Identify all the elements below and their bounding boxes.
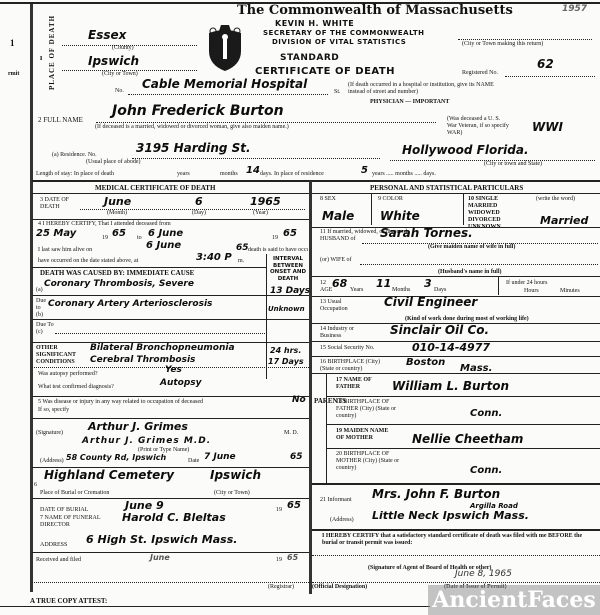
institution-value: Cable Memorial Hospital — [142, 77, 307, 91]
massachusetts-seal-icon — [205, 25, 245, 73]
margin-tick: ı — [40, 53, 42, 62]
if-so-label: If so, specify — [38, 407, 69, 414]
cause-b: Coronary Artery Arteriosclerosis — [48, 299, 212, 309]
month-label: (Month) — [107, 210, 127, 217]
veteran-note: (Was deceased a U. S. War Veteran, if so… — [447, 116, 509, 137]
mother-birth-label: 20 BIRTHPLACE OF MOTHER (City) (State or… — [336, 451, 411, 472]
day-label: (Day) — [192, 210, 206, 217]
industry-value: Sinclair Oil Co. — [390, 323, 489, 337]
age-years: 68 — [332, 277, 347, 290]
medical-section-title: MEDICAL CERTIFICATE OF DEATH — [95, 184, 215, 192]
full-name-note: (If deceased is a married, widowed or di… — [95, 124, 289, 131]
residence-city-state: Hollywood Florida. — [402, 143, 529, 157]
father-name-label: 17 NAME OF FATHER — [336, 377, 376, 391]
informant-address: Little Neck Ipswich Mass. — [372, 509, 529, 522]
autopsy-value: Yes — [165, 365, 182, 375]
cause-title: DEATH WAS CAUSED BY: IMMEDIATE CAUSE — [40, 269, 194, 277]
funeral-address-label: ADDRESS — [40, 542, 67, 549]
age-months: 11 — [376, 277, 391, 290]
occurred-label: have occurred on the date stated above, … — [38, 258, 138, 265]
physician-important: PHYSICIAN — IMPORTANT — [370, 99, 449, 106]
occupation-related-value: No — [292, 395, 306, 405]
city-return-label: (City or Town making this return) — [462, 41, 543, 48]
last-saw-label: I last saw him alive on — [38, 247, 92, 254]
left-border — [30, 4, 33, 592]
no-label: No. — [115, 88, 124, 95]
birthplace-label: 16 BIRTHPLACE (City) (State or country) — [320, 359, 392, 373]
industry-label: 14 Industry or Business — [320, 326, 364, 340]
under-24-label: If under 24 hours — [506, 280, 548, 287]
occupation-value: Civil Engineer — [384, 295, 477, 309]
to-label: to — [137, 235, 142, 242]
registrar-label: (Registrar) — [268, 584, 294, 591]
hours-label: Hours — [524, 288, 539, 295]
corner-mark: 1957 — [562, 4, 587, 14]
time-suffix: m. — [238, 258, 244, 265]
spouse-note: (Give maiden name of wife in full) — [428, 244, 515, 251]
funeral-director-label: 7 NAME OF FUNERAL DIRECTOR — [40, 515, 110, 529]
age-days: 3 — [424, 277, 432, 290]
husband-of-label: HUSBAND of — [320, 236, 356, 243]
test-value: Autopsy — [160, 378, 202, 388]
occupation-label: 13 Usual Occupation — [320, 299, 366, 313]
veteran-value: WWI — [532, 120, 563, 134]
months-label: months — [220, 171, 238, 178]
months-label: Months — [392, 287, 410, 294]
residence-tail: years ..... months ..... days. — [372, 171, 436, 178]
other-conditions-label: OTHER SIGNIFICANT CONDITIONS — [36, 345, 88, 366]
length-of-stay-label: Length of stay: In place of death — [36, 171, 114, 178]
ssn-label: 15 Social Security No. — [320, 345, 374, 352]
father-birth: Conn. — [470, 408, 502, 419]
years-label: years — [177, 171, 190, 178]
burial-date-label: DATE OF BURIAL — [40, 507, 88, 514]
burial-place-label: Place of Burial or Cremation — [40, 490, 109, 497]
year-label: (Year) — [253, 210, 268, 217]
physician-signature: Arthur J. Grimes — [88, 420, 188, 433]
death-month: June — [104, 195, 131, 208]
full-name-value: John Frederick Burton — [112, 103, 284, 119]
division: DIVISION OF VITAL STATISTICS — [272, 38, 406, 46]
days-label: Days — [434, 287, 446, 294]
informant-label: 21 Informant — [320, 497, 352, 504]
cause-b-label: Due to (b) — [36, 298, 46, 319]
address-label: (Address) — [40, 458, 64, 465]
days-residence-label: days. In place of residence — [260, 171, 324, 178]
date-label-2: Date — [188, 458, 199, 465]
burial-year: 65 — [287, 500, 301, 511]
institution-note: (If death occurred in a hospital or inst… — [348, 82, 503, 96]
place-of-death-side-label: PLACE OF DEATH — [48, 15, 56, 90]
color-value: White — [380, 209, 420, 223]
md-label: M. D. — [284, 430, 298, 437]
burial-town-label: (City or Town) — [214, 490, 250, 497]
spouse-value: Sarah Tornes. — [380, 226, 473, 240]
signed-date: 7 June — [204, 452, 236, 462]
received-filed-value: June — [150, 553, 170, 562]
town-value: Ipswich — [88, 54, 139, 68]
signed-year: 65 — [290, 452, 303, 462]
other-condition-2: Cerebral Thrombosis — [90, 355, 195, 365]
funeral-director: Harold C. Bleltas — [122, 511, 226, 524]
watermark-logo: AncientFaces — [428, 585, 600, 615]
permit-issue-date: June 8, 1965 — [455, 569, 512, 579]
attended-from-year: 65 — [112, 228, 126, 239]
mother-name: Nellie Cheetham — [412, 432, 523, 446]
informant-address-label: (Address) — [330, 517, 354, 524]
secretary-title: SECRETARY OF THE COMMONWEALTH — [263, 29, 425, 37]
funeral-address: 6 High St. Ipswich Mass. — [86, 533, 237, 546]
physician-address: 58 County Rd, Ipswich — [66, 453, 166, 462]
occupation-related-label: 5 Was disease or injury in any way relat… — [38, 399, 203, 406]
cause-b-interval: Unknown — [268, 305, 305, 313]
cause-a: Coronary Thrombosis, Severe — [44, 279, 194, 289]
residence-street: 3195 Harding St. — [136, 141, 251, 155]
occupation-note: (Kind of work done during most of workin… — [405, 316, 529, 323]
death-year: 1965 — [250, 195, 281, 208]
received-year: 65 — [287, 553, 298, 562]
interval-title: INTERVAL BETWEEN ONSET AND DEATH — [268, 256, 308, 282]
physician-printed-name: Arthur J. Grimes M.D. — [82, 436, 211, 446]
marital-status-label: 10 SINGLE MARRIED WIDOWED DIVORCED UNKNO… — [468, 196, 522, 231]
residence-label: (a) Residence. No. — [52, 152, 97, 159]
st-label: St. — [334, 89, 341, 96]
margin-number: 1 — [10, 38, 15, 48]
standard-label: STANDARD — [280, 53, 339, 63]
parents-side-label: PARENTS — [314, 396, 322, 406]
color-label: 9 COLOR — [378, 196, 403, 203]
mother-birth: Conn. — [470, 465, 502, 476]
sex-label: 8 SEX — [320, 196, 336, 203]
residence-years: 5 — [361, 165, 368, 176]
signature-label: (Signature) — [36, 430, 63, 437]
full-name-label: 2 FULL NAME — [38, 116, 83, 124]
nineteen-2: 19 — [272, 235, 278, 242]
attended-to-year: 65 — [283, 228, 297, 239]
county-label: (County) — [112, 45, 134, 52]
commonwealth-title: The Commonwealth of Massachusetts — [237, 3, 513, 18]
certificate-title: CERTIFICATE OF DEATH — [255, 66, 395, 77]
wife-of-label: (or) WIFE of — [320, 257, 352, 264]
death-certificate: 1 rmit ı PLACE OF DEATH The Commonwealth… — [0, 0, 600, 615]
father-name: William L. Burton — [392, 379, 509, 393]
stay-days: 14 — [246, 165, 260, 176]
date-of-death-label: 3 DATE OF DEATH — [40, 197, 80, 211]
cause-a-label: (a) — [36, 287, 43, 294]
other-condition-2-interval: 17 Days — [268, 357, 304, 366]
county-value: Essex — [88, 28, 126, 42]
marital-status-value: Married — [540, 214, 588, 227]
birthplace-city: Boston — [406, 357, 445, 368]
personal-section-title: PERSONAL AND STATISTICAL PARTICULARS — [370, 184, 523, 192]
true-copy-attest: A TRUE COPY ATTEST: — [30, 598, 107, 605]
other-condition-1: Bilateral Bronchopneumonia — [90, 343, 235, 353]
burial-town: Ipswich — [210, 468, 261, 482]
column-divider — [309, 181, 312, 594]
registered-no-label: Registered No. — [462, 70, 498, 77]
nineteen-1: 19 — [102, 235, 108, 242]
informant-name: Mrs. John F. Burton — [372, 487, 500, 501]
attended-to: 6 June — [148, 228, 183, 239]
last-saw-year: 65 — [236, 243, 249, 253]
attended-from: 25 May — [36, 228, 76, 239]
burial-place: Highland Cemetery — [44, 468, 174, 482]
agent-certify-text: I HEREBY CERTIFY that a satisfactory sta… — [322, 533, 598, 547]
father-birth-label: 18 BIRTHPLACE OF FATHER (City) (State or… — [336, 399, 411, 420]
death-said-label: death is said to have occurred on the da… — [248, 247, 308, 254]
certify-label: 4 I HEREBY CERTIFY, That I attended dece… — [38, 221, 171, 228]
test-label: What test confirmed diagnosis? — [38, 384, 114, 391]
death-day: 6 — [195, 195, 203, 208]
years-label: Years — [350, 287, 363, 294]
margin-text: rmit — [8, 71, 19, 78]
city-state-label: (City or town and State) — [484, 161, 542, 168]
ssn-value: 010-14-4977 — [412, 341, 490, 354]
other-condition-1-interval: 24 hrs. — [270, 346, 301, 355]
secretary-name: KEVIN H. WHITE — [275, 19, 354, 28]
official-designation-label: (Official Designation) — [312, 584, 367, 591]
received-filed-label: Received and filed — [36, 557, 81, 564]
mother-name-label: 19 MAIDEN NAME OF MOTHER — [336, 428, 396, 442]
wife-note: (Husband's name in full) — [438, 269, 502, 276]
minutes-label: Minutes — [560, 288, 580, 295]
last-saw-date: 6 June — [146, 240, 181, 251]
town-label: (City or Town) — [102, 71, 138, 78]
sex-value: Male — [322, 209, 354, 223]
registered-no: 62 — [537, 57, 554, 71]
autopsy-label: Was autopsy performed? — [38, 371, 98, 378]
status-note: (write the word) — [536, 196, 575, 203]
time-of-death: 3:40 P — [196, 252, 232, 263]
burial-num: 6 — [34, 482, 37, 489]
usual-abode-label: (Usual place of abode) — [86, 159, 140, 166]
